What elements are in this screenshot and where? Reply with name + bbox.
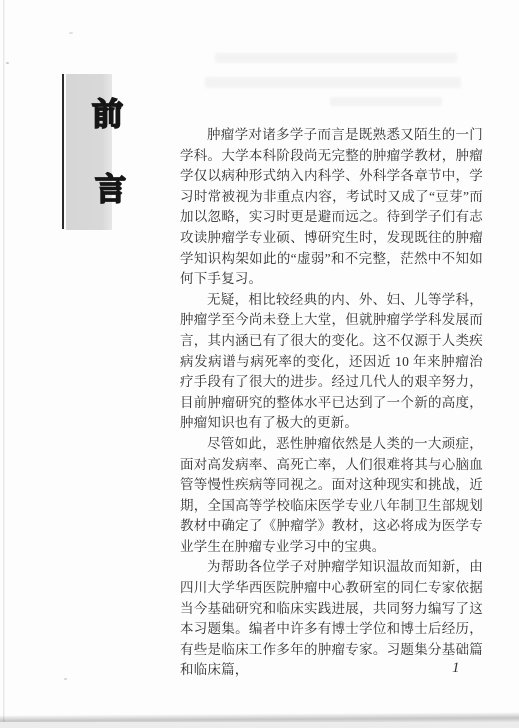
scanned-book-page: 前 言 肿瘤学对诸多学子而言是既熟悉又陌生的一门学科。大学本科阶段尚无完整的肿瘤… <box>0 0 519 728</box>
bleedthrough-text-line <box>330 97 442 106</box>
paragraph-2: 无疑，相比较经典的内、外、妇、儿等学科，肿瘤学至今尚未登上大堂，但就肿瘤学学科发… <box>180 290 483 434</box>
preface-body: 肿瘤学对诸多学子而言是既熟悉又陌生的一门学科。大学本科阶段尚无完整的肿瘤学教材，… <box>180 125 483 681</box>
scan-speck <box>69 32 73 34</box>
preface-title-rule <box>62 74 64 229</box>
page-edge-shadow <box>3 0 5 728</box>
bleedthrough-text-line <box>215 53 457 63</box>
paragraph-3: 尽管如此，恶性肿瘤依然是人类的一大顽症，面对高发病率、高死亡率，人们很难将其与心… <box>180 434 483 558</box>
preface-title-char-qian: 前 <box>92 98 123 132</box>
bleedthrough-text-line <box>205 77 461 88</box>
paragraph-1: 肿瘤学对诸多学子而言是既熟悉又陌生的一门学科。大学本科阶段尚无完整的肿瘤学教材，… <box>180 125 483 290</box>
scan-speck <box>64 678 67 680</box>
scan-speck <box>6 62 9 64</box>
preface-title-char-yan: 言 <box>95 173 126 207</box>
paragraph-4: 为帮助各位学子对肿瘤学知识温故而知新，由四川大学华西医院肿瘤中心教研室的同仁专家… <box>180 557 483 681</box>
page-number: 1 <box>452 660 460 677</box>
scanner-background <box>0 722 519 728</box>
